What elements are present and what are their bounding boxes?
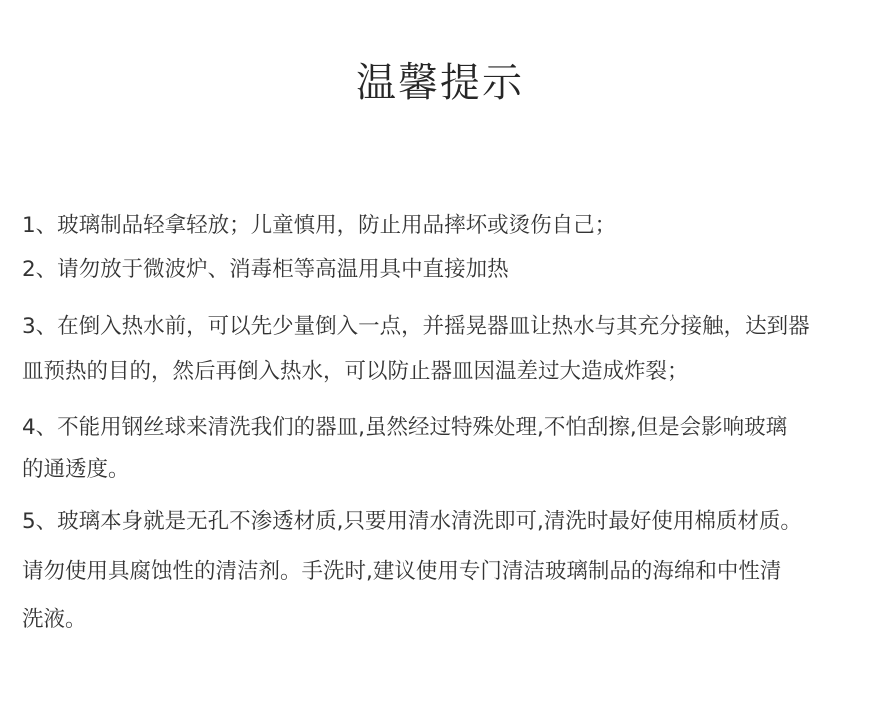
tip-1-line-1: 1、玻璃制品轻拿轻放；儿童慎用，防止用品摔坏或烫伤自己； [22,211,616,241]
tip-3-line-1: 3、在倒入热水前，可以先少量倒入一点，并摇晃器皿让热水与其充分接触，达到器 [22,312,810,342]
tip-4-line-1: 4、不能用钢丝球来清洗我们的器皿,虽然经过特殊处理,不怕刮擦,但是会影响玻璃 [22,413,787,443]
tip-4-line-2: 的通透度。 [22,455,130,485]
tip-5-line-1: 5、玻璃本身就是无孔不渗透材质,只要用清水清洗即可,清洗时最好使用棉质材质。 [22,507,802,537]
tip-5-line-2: 请勿使用具腐蚀性的清洁剂。手洗时,建议使用专门清洁玻璃制品的海绵和中性清 [22,557,781,587]
tip-2-line-1: 2、请勿放于微波炉、消毒柜等高温用具中直接加热 [22,255,509,285]
page-title: 温馨提示 [0,58,880,108]
tip-3-line-2: 皿预热的目的，然后再倒入热水，可以防止器皿因温差过大造成炸裂； [22,357,689,387]
tip-5-line-3: 洗液。 [22,605,87,635]
